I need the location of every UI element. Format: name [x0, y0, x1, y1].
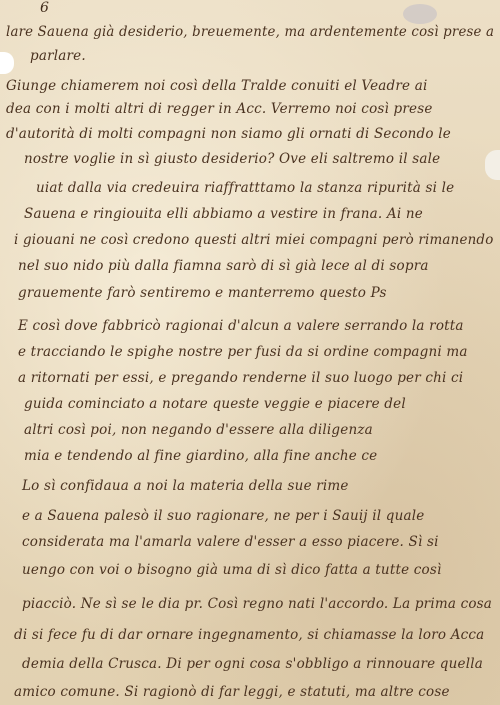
- manuscript-line: e a Sauena palesò il suo ragionare, ne p…: [22, 508, 424, 524]
- manuscript-line: nostre voglie in sì giusto desiderio? Ov…: [24, 151, 440, 167]
- manuscript-line: considerata ma l'amarla valere d'esser a…: [22, 534, 439, 550]
- manuscript-line: nel suo nido più dalla fiamna sarò di sì…: [18, 258, 429, 274]
- manuscript-line: a ritornati per essi, e pregando rendern…: [18, 370, 463, 386]
- torn-edge: [0, 52, 14, 74]
- manuscript-line: i giouani ne così credono questi altri m…: [14, 232, 494, 248]
- manuscript-line: di si fece fu di dar ornare ingegnamento…: [14, 627, 484, 643]
- manuscript-line: E così dove fabbricò ragionai d'alcun a …: [18, 318, 464, 334]
- manuscript-line: Giunge chiamerem noi così della Tralde c…: [6, 78, 428, 94]
- manuscript-line: d'autorità di molti compagni non siamo g…: [6, 126, 451, 142]
- manuscript-line: grauemente farò sentiremo e manterremo q…: [18, 285, 387, 301]
- torn-edge: [485, 150, 500, 180]
- manuscript-line: e tracciando le spighe nostre per fusi d…: [18, 344, 468, 360]
- manuscript-line: lare Sauena già desiderio, breuemente, m…: [6, 24, 494, 40]
- manuscript-page: 6 lare Sauena già desiderio, breuemente,…: [0, 0, 500, 705]
- page-marker: 6: [40, 0, 49, 16]
- manuscript-line: altri così poi, non negando d'essere all…: [24, 422, 373, 438]
- manuscript-line: parlare.: [30, 48, 86, 64]
- manuscript-line: dea con i molti altri di regger in Acc. …: [6, 101, 433, 117]
- library-stamp: [403, 4, 437, 24]
- manuscript-line: amico comune. Si ragionò di far leggi, e…: [14, 684, 450, 700]
- manuscript-line: uengo con voi o bisogno già uma di sì di…: [22, 562, 442, 578]
- manuscript-line: demia della Crusca. Di per ogni cosa s'o…: [22, 656, 483, 672]
- manuscript-line: Sauena e ringiouita elli abbiamo a vesti…: [24, 206, 423, 222]
- manuscript-line: guida cominciato a notare queste veggie …: [24, 396, 406, 412]
- manuscript-line: uiat dalla via credeuira riaffratttamo l…: [36, 180, 454, 196]
- manuscript-line: piacciò. Ne sì se le dia pr. Così regno …: [22, 596, 492, 612]
- manuscript-line: Lo sì confidaua a noi la materia della s…: [22, 478, 349, 494]
- manuscript-line: mia e tendendo al fine giardino, alla fi…: [24, 448, 377, 464]
